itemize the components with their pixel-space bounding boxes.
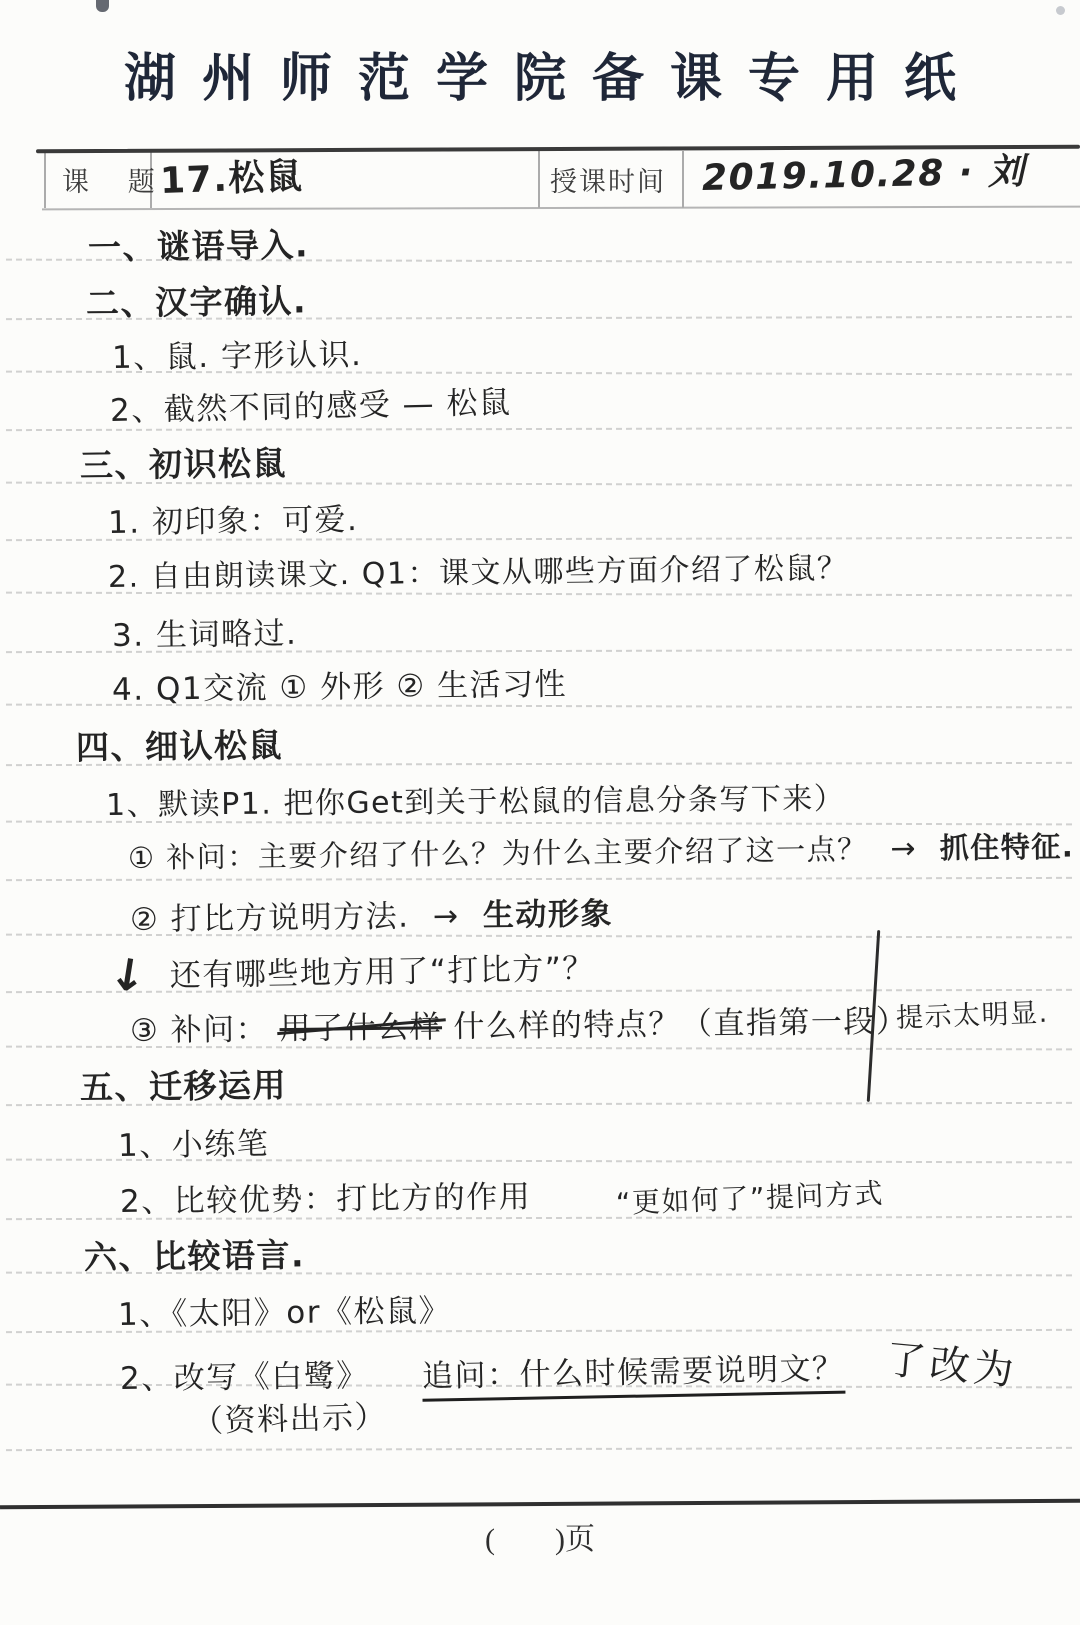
ruled-line [6,1447,1072,1451]
note-line-15: ③ 补问： 用了什么样 什么样的特点？（直指第一段） [130,995,909,1050]
sheet-bottom-border [0,1499,1080,1509]
time-label: 授课时间 [550,160,666,199]
note-line-8: 3. 生词略过. [112,608,298,655]
conclusion-text: 生动形象 [483,896,613,934]
note-line-22: （资料出示） [191,1391,387,1441]
follow-up-question-1: ① 补问：主要介绍了什么？为什么主要介绍了这一点？ [128,832,868,875]
note-line-20: 1、《太阳》or《松鼠》 [118,1285,451,1334]
follow-up-question-3-prefix: ③ 补问： [130,1011,269,1049]
conclusion-text: 抓住特征. [940,829,1075,865]
note-line-16: 五、迁移运用 [80,1059,288,1109]
note-line-19: 六、比较语言. [84,1229,306,1279]
note-line-5: 三、初识松鼠 [80,437,288,487]
note-line-3: 1、鼠. 字形认识. [112,329,363,377]
margin-note-question-style: “更如何了”提问方式 [615,1172,884,1222]
note-line-9: 4. Q1交流 ① 外形 ② 生活习性 [112,658,568,709]
right-arrow-icon: → [890,831,917,866]
time-value: 2019.10.28 · 刘 [701,143,1025,201]
page-number-footer: ( )页 [0,1514,1080,1558]
right-arrow-icon: → [433,899,460,934]
follow-up-question-3-rest: 什么样的特点？（直指第一段） [453,1003,908,1045]
table-divider [682,151,684,208]
margin-scribble: 了改为 [884,1328,1021,1397]
note-line-14: ↓ 还有哪些地方用了“打比方”？ [110,939,596,998]
table-divider [538,151,540,208]
scan-artifact-top-left [96,0,109,12]
topic-value: 17.松鼠 [159,148,304,204]
note-line-10: 四、细认松鼠 [76,719,284,769]
crossed-out-text: 用了什么样 [279,1009,442,1047]
method-text: ② 打比方说明方法. [130,899,410,938]
rewrite-task-text: 2、改写《白鹭》 [120,1358,369,1397]
note-line-17: 1、小练笔 [118,1118,270,1165]
page-title: 湖州师范学院备课专用纸 [0,36,1080,111]
lesson-plan-sheet: 湖州师范学院备课专用纸 课 题 17.松鼠 授课时间 2019.10.28 · … [0,0,1080,1625]
table-bottom-border [42,206,1080,210]
note-line-4: 2、截然不同的感受 — 松鼠 [110,377,512,430]
table-divider [44,151,46,208]
topic-label: 课 题 [62,160,171,199]
scan-artifact-top-right [1056,6,1065,15]
note-line-11: 1、默读P1. 把你Get到关于松鼠的信息分条写下来） [106,774,846,824]
margin-note-hint: 提示太明显. [895,991,1049,1035]
note-line-6: 1. 初印象：可爱. [108,494,359,542]
note-line-7: 2. 自由朗读课文. Q1：课文从哪些方面介绍了松鼠？ [108,543,849,596]
note-line-13: ② 打比方说明方法. → 生动形象 [130,888,613,939]
ruled-line [6,877,1072,881]
note-line-18: 2、比较优势：打比方的作用 [120,1171,532,1221]
note-line-2: 二、汉字确认. [86,275,308,325]
down-arrow-icon: ↓ [106,948,152,1004]
probe-question-underlined: 追问：什么时候需要说明文？ [422,1343,845,1402]
extension-question: 还有哪些地方用了“打比方”？ [169,951,595,994]
note-line-12: ① 补问：主要介绍了什么？为什么主要介绍了这一点？ → 抓住特征. [128,824,1075,877]
note-line-1: 一、谜语导入. [88,219,310,269]
